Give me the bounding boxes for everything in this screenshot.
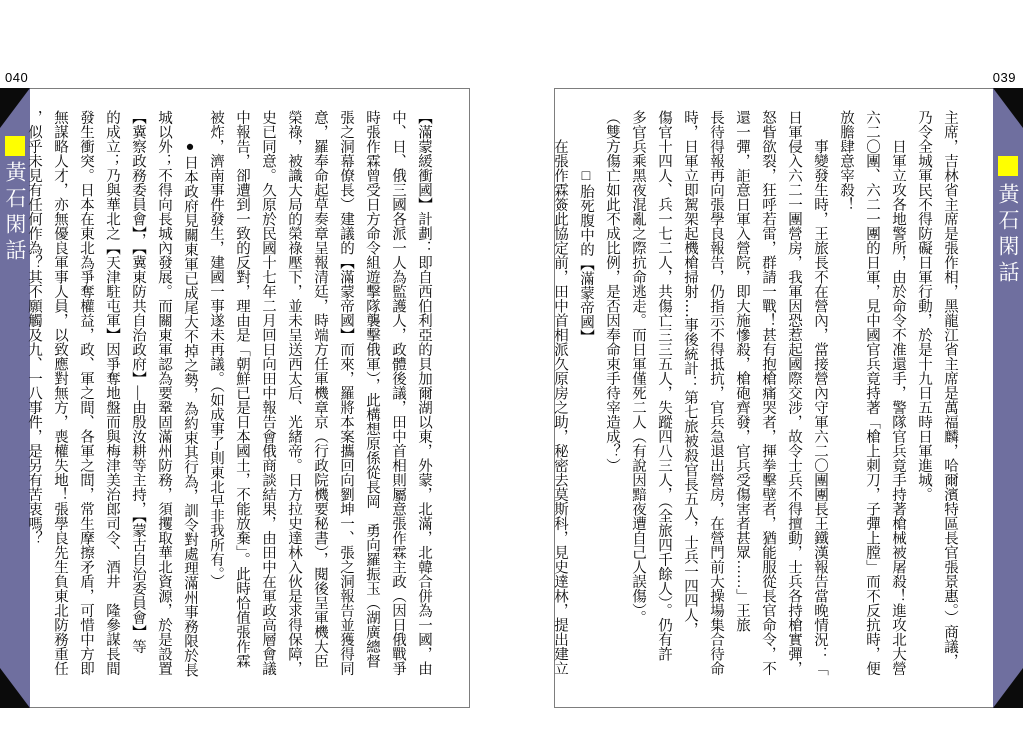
yellow-square-marker-icon xyxy=(998,156,1018,176)
book-spread: 040 039 黃石閑話 【滿蒙緩衝國】計劃：即自西伯利亞的貝加爾湖以東，外蒙，… xyxy=(0,0,1023,741)
text-column: ●日本政府見關東軍已成尾大不掉之勢，為約束其行為，訓令對處理滿州事務限於長 xyxy=(177,110,203,698)
page-text-039: 主席，吉林省主席是張作相，黑龍江省主席是萬福麟，哈爾濱特區長官張景惠。）商議，乃… xyxy=(547,110,963,698)
text-column: 還一彈，詎意日軍入營院，即大施慘殺，槍砲齊發，官兵受傷害者甚眾……」王旅 xyxy=(729,110,755,698)
text-column: ，似乎未見有任何作為？其不願觸及九、一八事件，是另有苦衷嗎？ xyxy=(21,110,47,698)
text-column: 主席，吉林省主席是張作相，黑龍江省主席是萬福麟，哈爾濱特區長官張景惠。）商議， xyxy=(937,110,963,698)
text-column: 無謀略人才，亦無優良軍事人員，以致應對無方，喪權失地！張學良先生負東北防務重任 xyxy=(47,110,73,698)
text-column: 榮祿，被識大局的榮祿壓下，並未呈送西太后、光緒帝。日方拉史達林入伙是求得保障， xyxy=(281,110,307,698)
text-column: 【滿蒙緩衝國】計劃：即自西伯利亞的貝加爾湖以東，外蒙，北滿，北韓合併為一國，由 xyxy=(411,110,437,698)
text-column: 六二〇團、六二一團的日軍，見中國官兵竟持著「槍上刺刀，子彈上膛」而不反抗時，便 xyxy=(859,110,885,698)
text-column: 多官兵乘黑夜混亂之際抗命逃走。而日軍僅死二人（有說因黯夜遭自己人誤傷）。 xyxy=(625,110,651,698)
page-039: 黃石閑話 主席，吉林省主席是張作相，黑龍江省主席是萬福麟，哈爾濱特區長官張景惠。… xyxy=(554,88,1023,708)
page-number-right: 039 xyxy=(993,70,1016,85)
corner-triangle-icon xyxy=(993,88,1023,128)
text-column: 事變發生時，王旅長不在營內，當接營內守軍六二〇團團長王鐵漢報告當晚情況：「 xyxy=(807,110,833,698)
text-column: 日軍立攻各地警所，由於命令不准還手，警隊官兵竟手持著槍械被屠殺！進攻北大營 xyxy=(885,110,911,698)
page-text-040: 【滿蒙緩衝國】計劃：即自西伯利亞的貝加爾湖以東，外蒙，北滿，北韓合併為一國，由中… xyxy=(21,110,437,698)
text-column: 怒眥欲裂，狂呼若雷，群請一戰！甚有抱槍痛哭者，揮拳擊壁者，猶能服從長官命令，不 xyxy=(755,110,781,698)
text-column: 時，日軍立即駕架起機槍掃射‥‥事後統計：第七旅被殺官長五人，士兵一四四人， xyxy=(677,110,703,698)
text-column: 【冀察政務委員會】，【冀東防共自治政府】—由殷汝耕等主持，【蒙古自治委員會】等 xyxy=(125,110,151,698)
text-column: 的成立；乃與華北之【天津駐屯軍】因爭奪地盤而與梅津美治郎司令、酒井 隆參謀長間 xyxy=(99,110,125,698)
text-column: （雙方傷亡如此不成比例，是否因奉命束手待宰造成？） xyxy=(599,110,625,698)
text-column: 在張作霖簽此協定前，田中首相派久原房之助，秘密去莫斯科，見史達林，提出建立 xyxy=(547,110,573,698)
text-column: 意，羅奉命起草奏章呈報清廷，時端方任軍機章京（行政院機要秘書），閱後呈軍機大臣 xyxy=(307,110,333,698)
text-column: 長待得報再向張學良報告，仍指示不得抵抗，官兵急退出營房，在營門前大操場集合待命 xyxy=(703,110,729,698)
text-column: 中、日、俄三國各派一人為監護人，政體後議，田中首相則屬意張作霖主政（因日俄戰爭 xyxy=(385,110,411,698)
text-column: □胎死腹中的【滿蒙帝國】 xyxy=(573,110,599,698)
text-column: 中報告，卻遭到一致的反對，理由是「朝鮮已是日本國土，不能放棄」。此時恰值張作霖 xyxy=(229,110,255,698)
text-column: 張之洞幕僚長）建議的【滿蒙帝國】而來，羅將本案攜回向劉坤一、張之洞報告並獲得同 xyxy=(333,110,359,698)
text-column: 城以外；不得向長城內發展。而關東軍認為要鞏固滿州防務，須攫取華北資源，於是設置 xyxy=(151,110,177,698)
text-column: 被炸，濟南事件發生，建國一事遂未再議。（如成事了則東北早非我所有。） xyxy=(203,110,229,698)
sidebar-strip-right: 黃石閑話 xyxy=(993,88,1023,708)
text-column: 日軍侵入六二一團營房，我軍因恐惹起國際交涉，故令士兵不得擅動，士兵各持槍實彈， xyxy=(781,110,807,698)
page-number-left: 040 xyxy=(5,70,28,85)
text-column: 乃令全城軍民不得防礙日軍行動，於是十九日五時日軍進城。 xyxy=(911,110,937,698)
text-column: 傷官十四人、兵一七二人，共傷亡三三五人，失蹤四八三人，（全旅四千餘人）。仍有許 xyxy=(651,110,677,698)
text-column: 時張作霖曾受日方命令組遊擊隊襲擊俄軍），此構想原係從長岡 勇向羅振玉（湖廣總督 xyxy=(359,110,385,698)
page-040: 黃石閑話 【滿蒙緩衝國】計劃：即自西伯利亞的貝加爾湖以東，外蒙，北滿，北韓合併為… xyxy=(0,88,470,708)
series-title: 黃石閑話 xyxy=(993,183,1023,287)
corner-triangle-icon xyxy=(993,668,1023,708)
text-column: 放膽肆意宰殺！ xyxy=(833,110,859,698)
text-column: 史已同意。久原於民國十七年二月回日向田中報告會俄商談結果，由田中在軍政高層會議 xyxy=(255,110,281,698)
text-column: 發生衝突。日本在東北為爭奪權益，政、軍之間、各軍之間，常生摩擦矛盾，可惜中方即 xyxy=(73,110,99,698)
